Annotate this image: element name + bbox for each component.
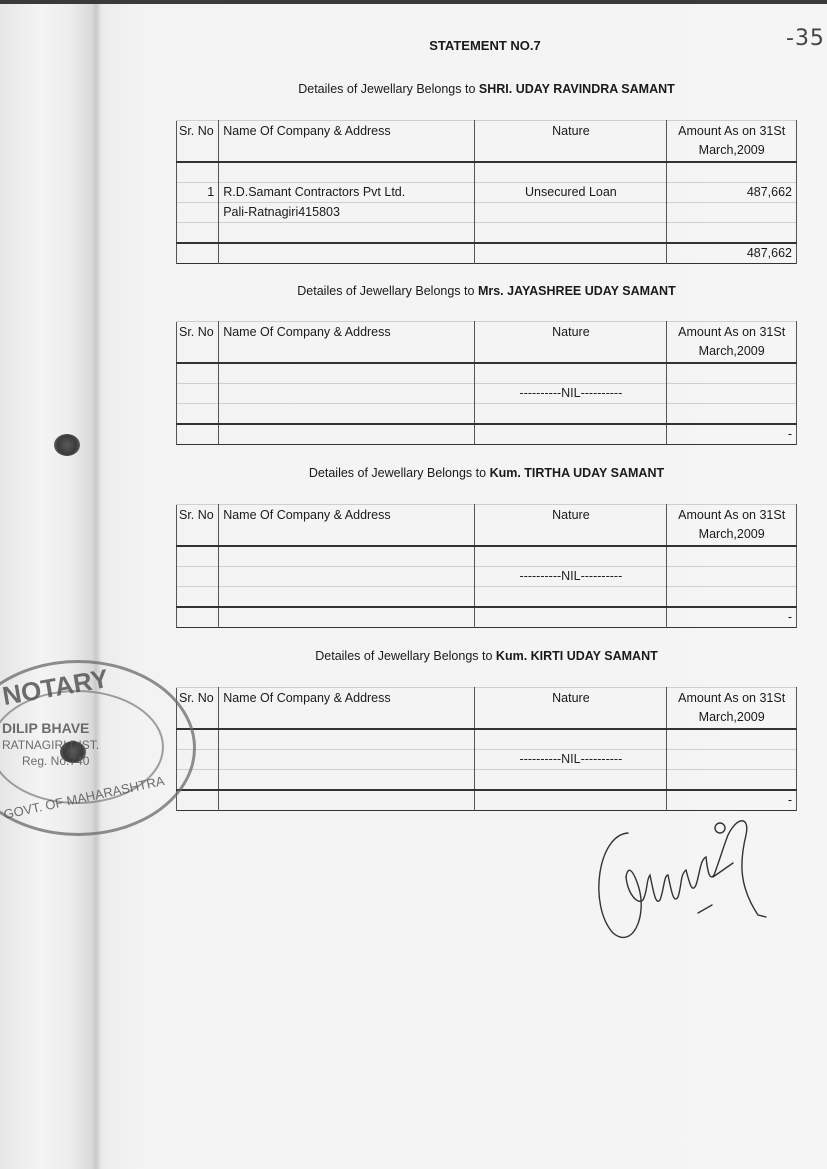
owner-name: Mrs. JAYASHREE UDAY SAMANT (478, 284, 676, 298)
header-nature: Nature (475, 688, 667, 730)
punch-hole (54, 434, 80, 456)
statement-title: STATEMENT NO.7 (0, 38, 827, 53)
company-name: R.D.Samant Contractors Pvt Ltd. (219, 183, 475, 203)
total-amount: - (667, 607, 797, 628)
owner-name: Kum. KIRTI UDAY SAMANT (496, 649, 658, 663)
header-nature: Nature (475, 121, 667, 163)
nature: Unsecured Loan (475, 183, 667, 203)
total-row: - (177, 424, 797, 445)
jewellery-table: Sr. No Name Of Company & Address Nature … (176, 120, 797, 264)
nil-text: ----------NIL---------- (475, 750, 667, 770)
section-caption: Detailes of Jewellary Belongs to SHRI. U… (176, 82, 797, 96)
page-top-edge (0, 0, 827, 4)
header-amount: Amount As on 31StMarch,2009 (667, 322, 797, 364)
table-row: 1 R.D.Samant Contractors Pvt Ltd. Unsecu… (177, 183, 797, 203)
header-name: Name Of Company & Address (219, 322, 475, 364)
company-address: Pali-Ratnagiri415803 (219, 203, 475, 223)
section-caption: Detailes of Jewellary Belongs to Kum. KI… (176, 649, 797, 663)
section-caption: Detailes of Jewellary Belongs to Mrs. JA… (176, 284, 797, 298)
total-amount: - (667, 424, 797, 445)
header-amount: Amount As on 31StMarch,2009 (667, 121, 797, 163)
header-sr-no: Sr. No (177, 322, 219, 364)
nil-text: ----------NIL---------- (475, 567, 667, 587)
header-sr-no: Sr. No (177, 505, 219, 547)
header-name: Name Of Company & Address (219, 688, 475, 730)
header-amount: Amount As on 31StMarch,2009 (667, 688, 797, 730)
total-row: 487,662 (177, 243, 797, 264)
total-row: - (177, 607, 797, 628)
header-nature: Nature (475, 322, 667, 364)
stamp-district-text: RATNAGIRI DIST. (2, 738, 99, 752)
header-name: Name Of Company & Address (219, 505, 475, 547)
header-name: Name Of Company & Address (219, 121, 475, 163)
owner-name: Kum. TIRTHA UDAY SAMANT (490, 466, 665, 480)
jewellery-table: Sr. No Name Of Company & Address Nature … (176, 504, 797, 628)
total-amount: 487,662 (667, 243, 797, 264)
stamp-name-text: DILIP BHAVE (2, 720, 89, 736)
header-amount: Amount As on 31StMarch,2009 (667, 505, 797, 547)
jewellery-table: Sr. No Name Of Company & Address Nature … (176, 321, 797, 445)
nil-text: ----------NIL---------- (475, 384, 667, 404)
sr-no: 1 (177, 183, 219, 203)
header-nature: Nature (475, 505, 667, 547)
section-caption: Detailes of Jewellary Belongs to Kum. TI… (176, 466, 797, 480)
amount: 487,662 (667, 183, 797, 203)
jewellery-table: Sr. No Name Of Company & Address Nature … (176, 687, 797, 811)
header-sr-no: Sr. No (177, 121, 219, 163)
stamp-reg-text: Reg. No.740 (22, 754, 89, 768)
owner-name: SHRI. UDAY RAVINDRA SAMANT (479, 82, 675, 96)
signature (588, 805, 778, 945)
